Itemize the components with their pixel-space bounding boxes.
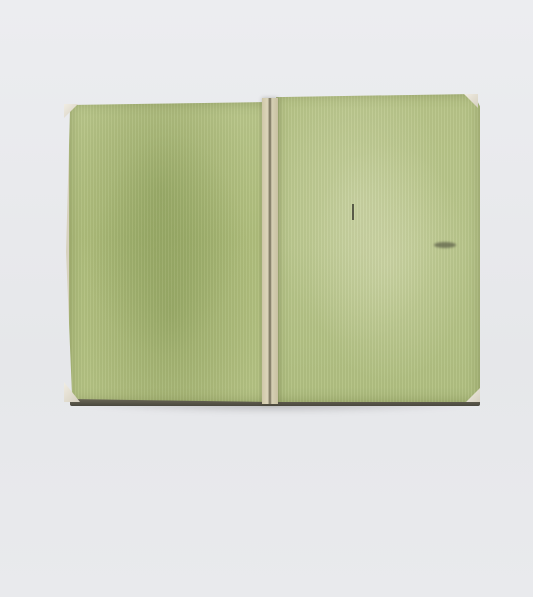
dark-stain — [434, 242, 456, 248]
book-spine — [262, 98, 278, 404]
front-cover-board — [276, 94, 480, 402]
ink-mark — [352, 204, 354, 220]
back-cover-board — [66, 102, 273, 402]
photo-scene — [0, 0, 533, 597]
antique-book — [62, 92, 482, 410]
